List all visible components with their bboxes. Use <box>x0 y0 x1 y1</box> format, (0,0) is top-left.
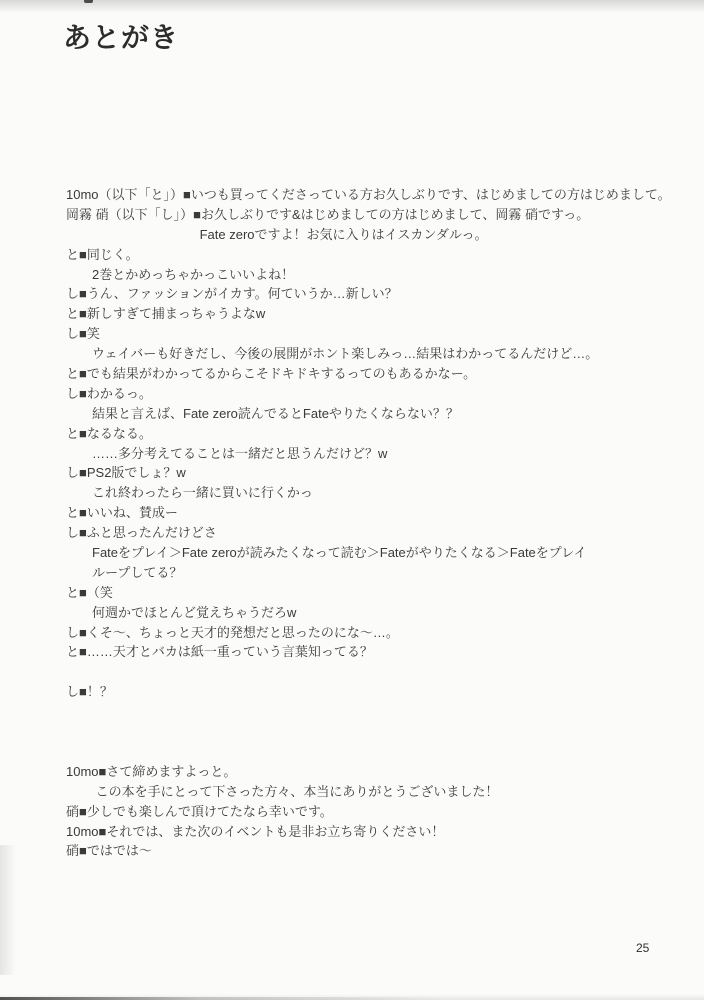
scan-smudge-left <box>0 845 16 975</box>
text-line: 10mo（以下「と」）■いつも買ってくださっている方お久しぶりです、はじめまして… <box>66 185 678 205</box>
text-line: Fateをプレイ＞Fate zeroが読みたくなって読む＞Fateがやりたくなる… <box>66 543 678 563</box>
text-line: 何週かでほとんど覚えちゃうだろw <box>66 603 678 623</box>
text-line: し■うん、ファッションがイカす。何ていうか…新しい？ <box>66 284 678 304</box>
text-line: これ終わったら一緒に買いに行くかっ <box>66 483 678 503</box>
text-line: Fate zeroですよ！お気に入りはイスカンダルっ。 <box>66 225 678 245</box>
text-line: し■くそ～、ちょっと天才的発想だと思ったのにな～…。 <box>66 623 678 643</box>
page-number: 25 <box>636 941 649 955</box>
text-line: 10mo■それでは、また次のイベントも是非お立ち寄りください！ <box>66 822 678 842</box>
scanned-page: あとがき 10mo（以下「と」）■いつも買ってくださっている方お久しぶりです、は… <box>0 0 704 1000</box>
text-line: ……多分考えてることは一緒だと思うんだけど？w <box>66 444 678 464</box>
text-line: と■新しすぎて捕まっちゃうよなw <box>66 304 678 324</box>
text-line: 岡霧 硝（以下「し」）■お久しぶりです&はじめましての方はじめまして、岡霧 硝で… <box>66 205 678 225</box>
text-line: ウェイバーも好きだし、今後の展開がホント楽しみっ…結果はわかってるんだけど…。 <box>66 344 678 364</box>
text-line: し■笑 <box>66 324 678 344</box>
text-line: と■なるなる。 <box>66 424 678 444</box>
text-line: 10mo■さて締めますよっと。 <box>66 762 678 782</box>
text-line <box>66 662 678 682</box>
text-line: 結果と言えば、Fate zero読んでるとFateやりたくならない？？ <box>66 404 678 424</box>
scan-shadow-top <box>0 0 704 13</box>
afterword-text: 10mo（以下「と」）■いつも買ってくださっている方お久しぶりです、はじめまして… <box>66 185 678 861</box>
text-line: し■PS2版でしょ？w <box>66 463 678 483</box>
text-line: 2巻とかめっちゃかっこいいよね！ <box>66 265 678 285</box>
text-line <box>66 742 678 762</box>
text-line: と■同じく。 <box>66 245 678 265</box>
text-line <box>66 702 678 722</box>
text-line: と■……天才とバカは紙一重っていう言葉知ってる？ <box>66 642 678 662</box>
text-line: と■いいね、賛成ー <box>66 503 678 523</box>
text-line: し■ふと思ったんだけどさ <box>66 523 678 543</box>
text-line: ループしてる？ <box>66 563 678 583</box>
text-line: と■でも結果がわかってるからこそドキドキするってのもあるかなー。 <box>66 364 678 384</box>
text-line: し■わかるっ。 <box>66 384 678 404</box>
scan-shadow-bottom-full <box>0 994 704 1000</box>
text-line: し■！？ <box>66 682 678 702</box>
text-line <box>66 722 678 742</box>
text-line: 硝■少しでも楽しんで頂けてたなら幸いです。 <box>66 802 678 822</box>
text-line: 硝■ではでは～ <box>66 841 678 861</box>
scan-mark-top <box>84 0 93 3</box>
text-line: この本を手にとって下さった方々、本当にありがとうございました！ <box>66 782 678 802</box>
text-line: と■（笑 <box>66 583 678 603</box>
page-title: あとがき <box>63 16 179 56</box>
